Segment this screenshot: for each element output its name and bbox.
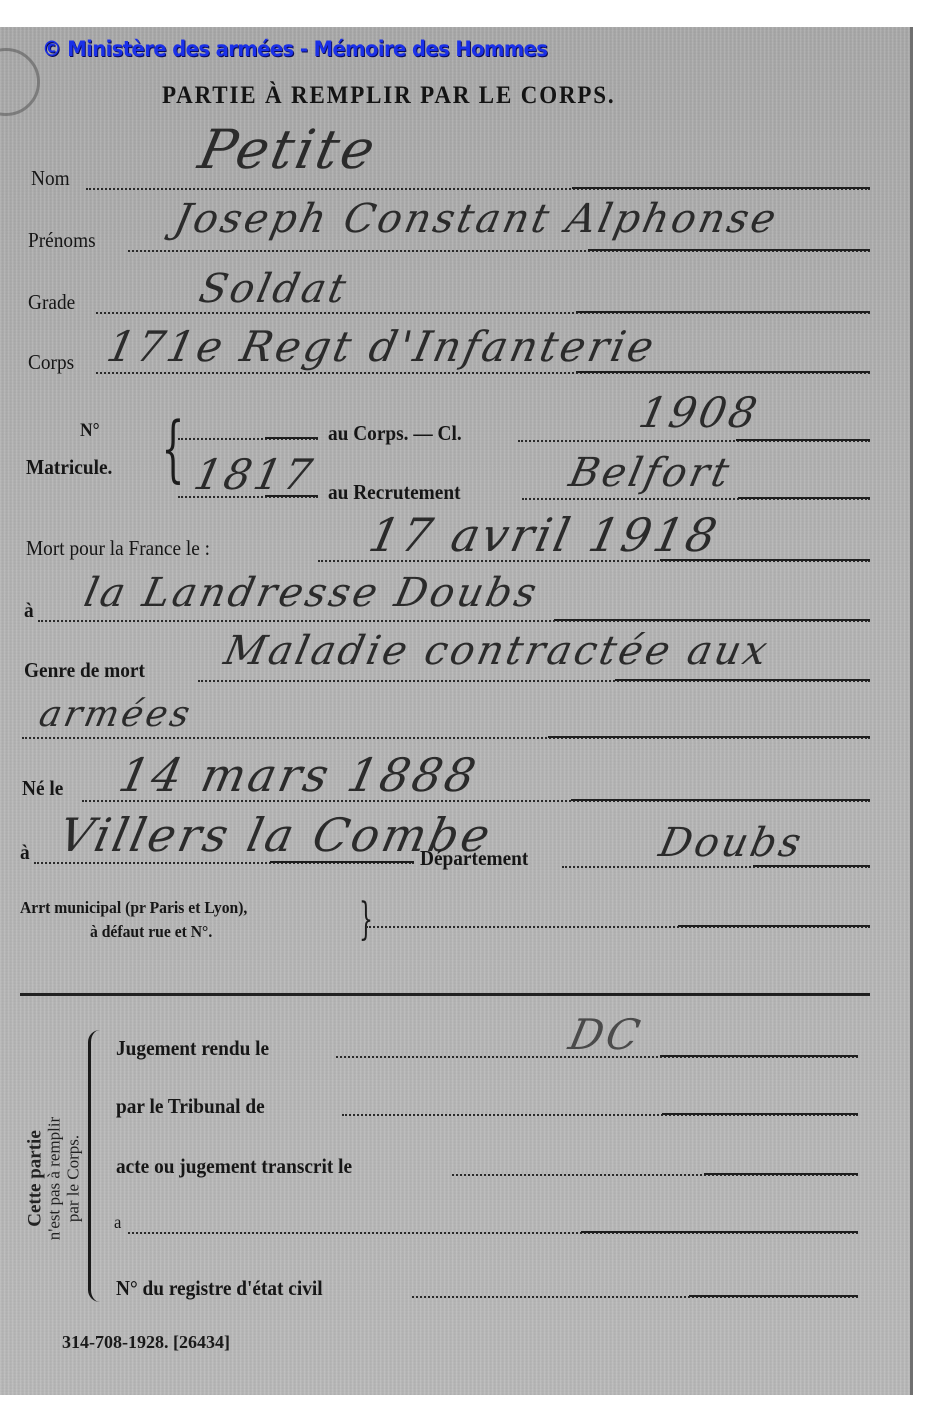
genre-mort-value-line2: armées (36, 694, 197, 735)
recrutement-value: Belfort (565, 450, 736, 496)
matricule-no-label: N° (80, 420, 100, 442)
corps-label: Corps (28, 350, 74, 375)
registre-label: N° du registre d'état civil (116, 1276, 323, 1301)
transcrit-lieu-label: a (114, 1212, 121, 1233)
side-note-line1: Cette partie (26, 1069, 45, 1289)
mort-value: 17 avril 1918 (364, 508, 724, 562)
prenoms-value: Joseph Constant Alphonse (170, 196, 783, 242)
form-reference: 314-708-1928. [26434] (62, 1332, 230, 1353)
corps-line (96, 372, 870, 374)
departement-label: Département (420, 846, 528, 871)
form-title: PARTIE À REMPLIR PAR LE CORPS. (162, 82, 616, 110)
lieu-deces-label: à (24, 598, 34, 623)
arrondissement-line (366, 926, 870, 928)
lieu-deces-value: la Landresse Doubs (80, 570, 543, 616)
recrutement-line (522, 498, 870, 500)
recrutement-number: 1817 (190, 450, 319, 499)
au-recrutement-label: au Recrutement (328, 480, 461, 505)
ne-le-label: Né le (22, 776, 63, 801)
transcrit-line (452, 1174, 858, 1176)
lieu-naissance-label: à (20, 840, 30, 865)
arrondissement-label-2: à défaut rue et N°. (90, 922, 212, 942)
side-note-line2: n'est pas à remplir (45, 1069, 64, 1289)
side-note: Cette partie n'est pas à remplir par le … (14, 1060, 94, 1270)
au-corps-label: au Corps. — Cl. (328, 421, 462, 446)
tribunal-label: par le Tribunal de (116, 1094, 265, 1119)
mort-label: Mort pour la France le : (26, 536, 210, 561)
lieu-naissance-line (34, 862, 414, 864)
copyright-watermark: © Ministère des armées - Mémoire des Hom… (42, 37, 547, 61)
grade-value: Soldat (195, 266, 353, 312)
matricule-label: Matricule. (26, 455, 112, 480)
nom-label: Nom (31, 166, 70, 191)
section-divider (20, 993, 870, 996)
genre-mort-value-line1: Maladie contractée aux (220, 628, 774, 674)
classe-value: 1908 (635, 388, 764, 437)
prenoms-line (128, 250, 870, 252)
tribunal-line (342, 1114, 858, 1116)
matricule-brace: { (161, 412, 184, 484)
nom-value: Petite (193, 118, 383, 181)
transcrit-label: acte ou jugement transcrit le (116, 1154, 352, 1179)
transcrit-lieu-line (128, 1232, 858, 1234)
classe-line (518, 440, 870, 442)
departement-line (562, 866, 870, 868)
grade-line (96, 312, 870, 314)
departement-value: Doubs (655, 820, 808, 866)
jugement-rendu-value: DC (565, 1010, 647, 1059)
side-note-line3: par le Corps. (64, 1069, 83, 1289)
grade-label: Grade (28, 290, 75, 315)
prenoms-label: Prénoms (28, 228, 96, 253)
ne-le-value: 14 mars 1888 (114, 748, 483, 802)
genre-mort-line (198, 680, 870, 682)
arrondissement-label-1: Arrt municipal (pr Paris et Lyon), (20, 898, 247, 918)
nom-line (86, 188, 870, 190)
arrondissement-brace: } (359, 898, 373, 942)
genre-mort-label: Genre de mort (24, 658, 145, 683)
tribunal-brace (88, 1030, 105, 1302)
jugement-rendu-label: Jugement rendu le (116, 1036, 269, 1061)
corps-value: 171e Regt d'Infanterie (103, 322, 661, 371)
registre-line (412, 1296, 858, 1298)
genre-mort-line2 (22, 737, 870, 739)
lieu-deces-line (38, 620, 870, 622)
matricule-corps-line (178, 438, 318, 440)
